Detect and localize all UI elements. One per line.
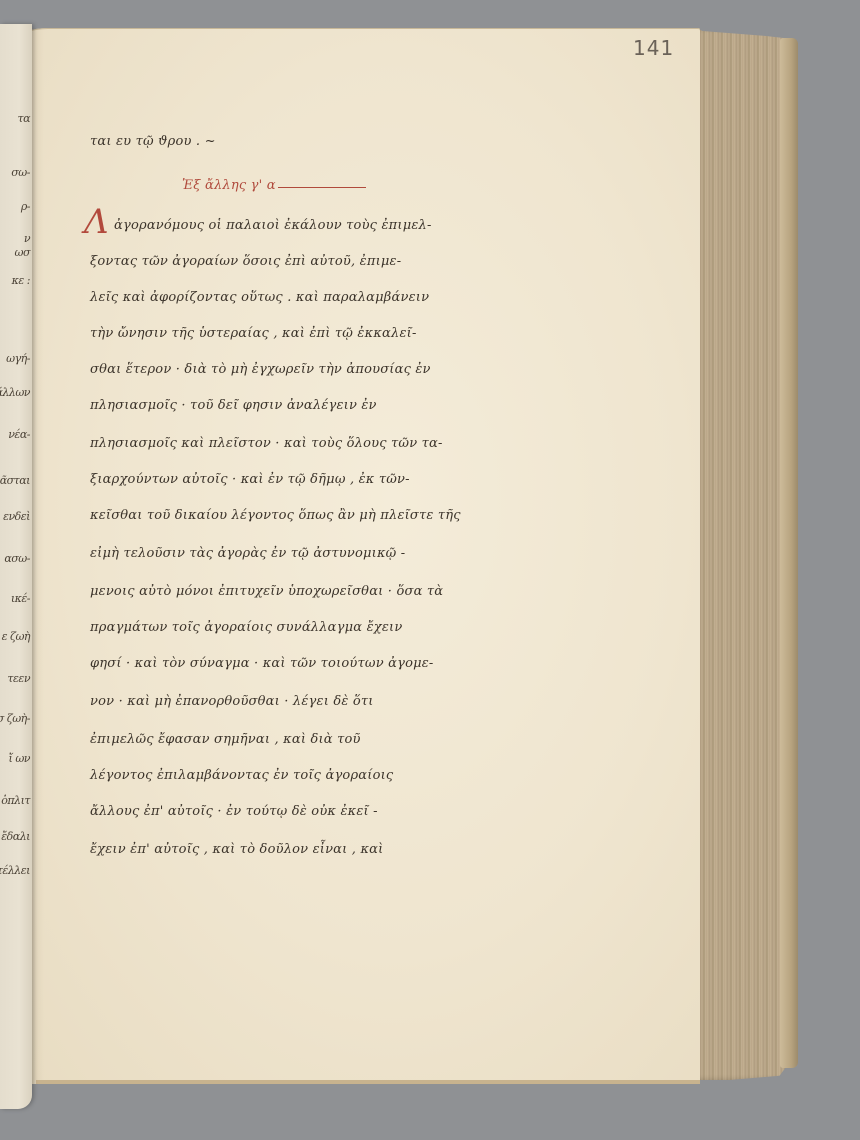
text-line: κεῖσθαι τοῦ δικαίου λέγοντος ὅπως ἂν μὴ … [90,508,461,523]
manuscript-scene: 141 τα σω- ρ- ν ωσ κε : ωγή- ἄλλων νέα- … [0,0,860,1140]
text-line: μενοις αὐτὸ μόνοι ἐπιτυχεῖν ὑποχωρεῖσθαι… [90,584,443,599]
opening-line: ται ευ τῷ ϑρου . ~ [90,134,216,149]
margin-fragment: ωσ [15,246,30,259]
text-line: ἔχειν ἐπ' αὐτοῖς , καὶ τὸ δοῦλον εἶναι ,… [90,842,383,857]
text-line: ἀγορανόμους οἱ παλαιοὶ ἐκάλουν τοὺς ἐπιμ… [114,218,432,233]
margin-fragment: ᾶσται [0,474,30,487]
margin-fragment: ρ- [21,200,30,213]
margin-fragment: ἴ ων [9,752,30,765]
text-line: ἐπιμελῶς ἔφασαν σημῆναι , καὶ διὰ τοῦ [90,732,361,747]
margin-fragment: ε ζωὴ [2,630,30,643]
text-line: πραγμάτων τοῖς ἀγοραίοις συνάλλαγμα ἔχει… [90,620,402,635]
margin-fragment: ασ ζωὴ- [0,712,30,725]
margin-fragment: ικέ- [11,592,30,605]
book-fore-edge [688,28,792,1080]
margin-fragment: τεεν [7,672,30,685]
text-line: νον · καὶ μὴ ἐπανορθοῦσθαι · λέγει δὲ ὅτ… [90,694,374,709]
margin-fragment: τα [17,112,30,125]
page-bottom-edge [36,1080,700,1084]
margin-fragment: ωγή- [6,352,30,365]
text-line: λέγοντος ἐπιλαμβάνοντας ἐν τοῖς ἀγοραίοι… [90,768,393,783]
text-line: πλησιασμοῖς · τοῦ δεῖ φησιν ἀναλέγειν ἐν [90,398,377,413]
margin-fragment: ακτέλλει [0,864,30,877]
text-line: εἰμὴ τελοῦσιν τὰς ἀγορὰς ἐν τῷ ἀστυνομικ… [90,546,405,561]
rubric-heading: Ἐξ ἄλλης γ' α [182,178,276,193]
text-line: ξιαρχούντων αὐτοῖς · καὶ ἐν τῷ δῆμῳ , ἐκ… [90,472,410,487]
margin-fragment: ὁπλιτ [1,794,30,807]
folio-number: 141 [633,36,674,60]
facing-page-verso: τα σω- ρ- ν ωσ κε : ωγή- ἄλλων νέα- ᾶστα… [0,24,32,1109]
text-line: ξοντας τῶν ἀγοραίων ὅσοις ἐπὶ αὐτοῦ, ἐπι… [90,254,401,269]
margin-fragment: ν [24,232,30,245]
margin-fragment: σω- [11,166,30,179]
rubric-rule [278,187,366,188]
text-line: ἄλλους ἐπ' αὐτοῖς · ἐν τούτῳ δὲ οὐκ ἐκεῖ… [90,804,378,819]
text-line: φησί · καὶ τὸν σύναγμα · καὶ τῶν τοιούτω… [90,656,434,671]
margin-fragment: ασω- [4,552,30,565]
text-line: τὴν ὤνησιν τῆς ὑστεραίας , καὶ ἐπὶ τῷ ἐκ… [90,326,417,341]
text-line: λεῖς καὶ ἀφορίζοντας οὕτως . καὶ παραλαμ… [90,290,429,305]
book-cover-edge [780,38,798,1068]
margin-fragment: κε : [12,274,30,287]
margin-fragment: ἄλλων [0,386,30,399]
decorated-initial: Λ [84,202,109,242]
margin-fragment: νέα- [8,428,30,441]
margin-fragment: ἔδαλι [1,830,30,843]
text-line: σθαι ἕτερον · διὰ τὸ μὴ ἐγχωρεῖν τὴν ἀπο… [90,362,431,377]
margin-fragment: ενδεὶ [3,510,30,523]
text-line: πλησιασμοῖς καὶ πλεῖστον · καὶ τοὺς ὅλου… [90,436,443,451]
